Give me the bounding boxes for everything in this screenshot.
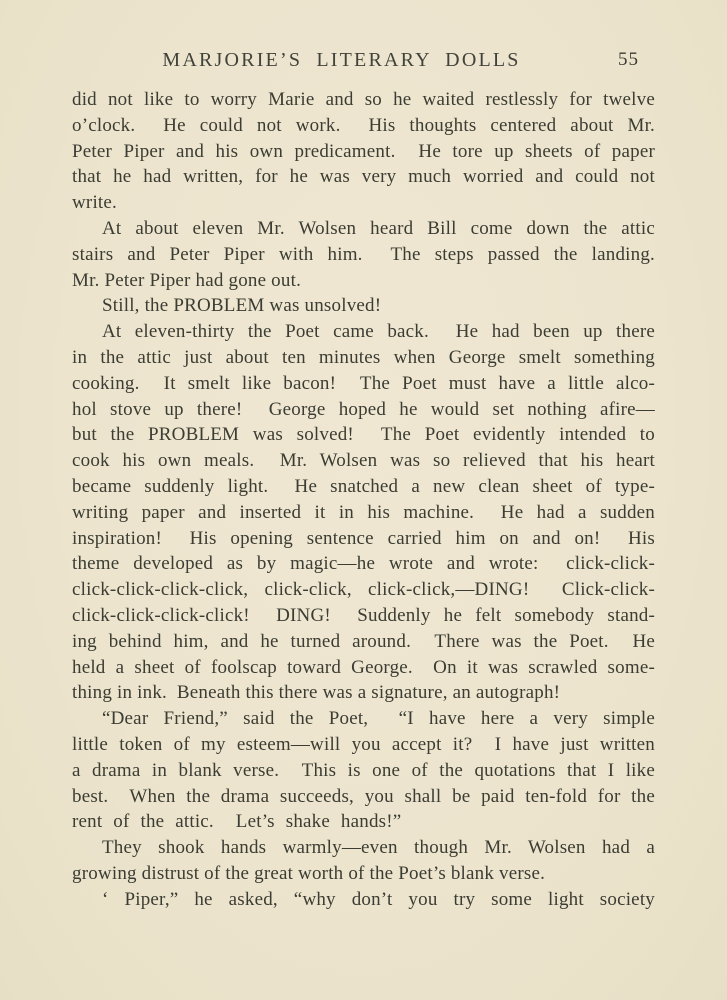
text-line: in the attic just about ten minutes when… [72,345,655,371]
text-line: growing distrust of the great worth of t… [72,861,655,887]
text-line: inspiration! His opening sentence carrie… [72,526,655,552]
text-line: did not like to worry Marie and so he wa… [72,87,655,113]
running-title: MARJORIE’S LITERARY DOLLS [50,46,633,74]
text-line: but the PROBLEM was solved! The Poet evi… [72,422,655,448]
text-line: cooking. It smelt like bacon! The Poet m… [72,371,655,397]
text-line: At about eleven Mr. Wolsen heard Bill co… [72,216,655,242]
page-body: did not like to worry Marie and so he wa… [72,87,655,913]
text-line: that he had written, for he was very muc… [72,164,655,190]
text-line: cook his own meals. Mr. Wolsen was so re… [72,448,655,474]
text-line: writing paper and inserted it in his mac… [72,500,655,526]
text-line: ‘ Piper,” he asked, “why don’t you try s… [72,887,655,913]
text-line: hol stove up there! George hoped he woul… [72,397,655,423]
page-number: 55 [618,46,639,74]
text-line: little token of my esteem—will you accep… [72,732,655,758]
text-line: click-click-click-click, click-click, cl… [72,577,655,603]
text-line: best. When the drama succeeds, you shall… [72,784,655,810]
text-line: ing behind him, and he turned around. Th… [72,629,655,655]
page-header: MARJORIE’S LITERARY DOLLS 55 [72,46,655,74]
text-line: a drama in blank verse. This is one of t… [72,758,655,784]
text-line: click-click-click-click! DING! Suddenly … [72,603,655,629]
text-line: They shook hands warmly—even though Mr. … [72,835,655,861]
text-line: Still, the PROBLEM was unsolved! [72,293,655,319]
text-line: o’clock. He could not work. His thoughts… [72,113,655,139]
text-line: held a sheet of foolscap toward George. … [72,655,655,681]
text-line: At eleven-thirty the Poet came back. He … [72,319,655,345]
text-line: rent of the attic. Let’s shake hands!” [72,809,655,835]
text-line: thing in ink. Beneath this there was a s… [72,680,655,706]
text-line: Mr. Peter Piper had gone out. [72,268,655,294]
text-line: became suddenly light. He snatched a new… [72,474,655,500]
text-line: theme developed as by magic—he wrote and… [72,551,655,577]
text-line: “Dear Friend,” said the Poet, “I have he… [72,706,655,732]
text-line: write. [72,190,655,216]
text-line: Peter Piper and his own predicament. He … [72,139,655,165]
book-page: MARJORIE’S LITERARY DOLLS 55 did not lik… [0,0,727,1000]
text-line: stairs and Peter Piper with him. The ste… [72,242,655,268]
